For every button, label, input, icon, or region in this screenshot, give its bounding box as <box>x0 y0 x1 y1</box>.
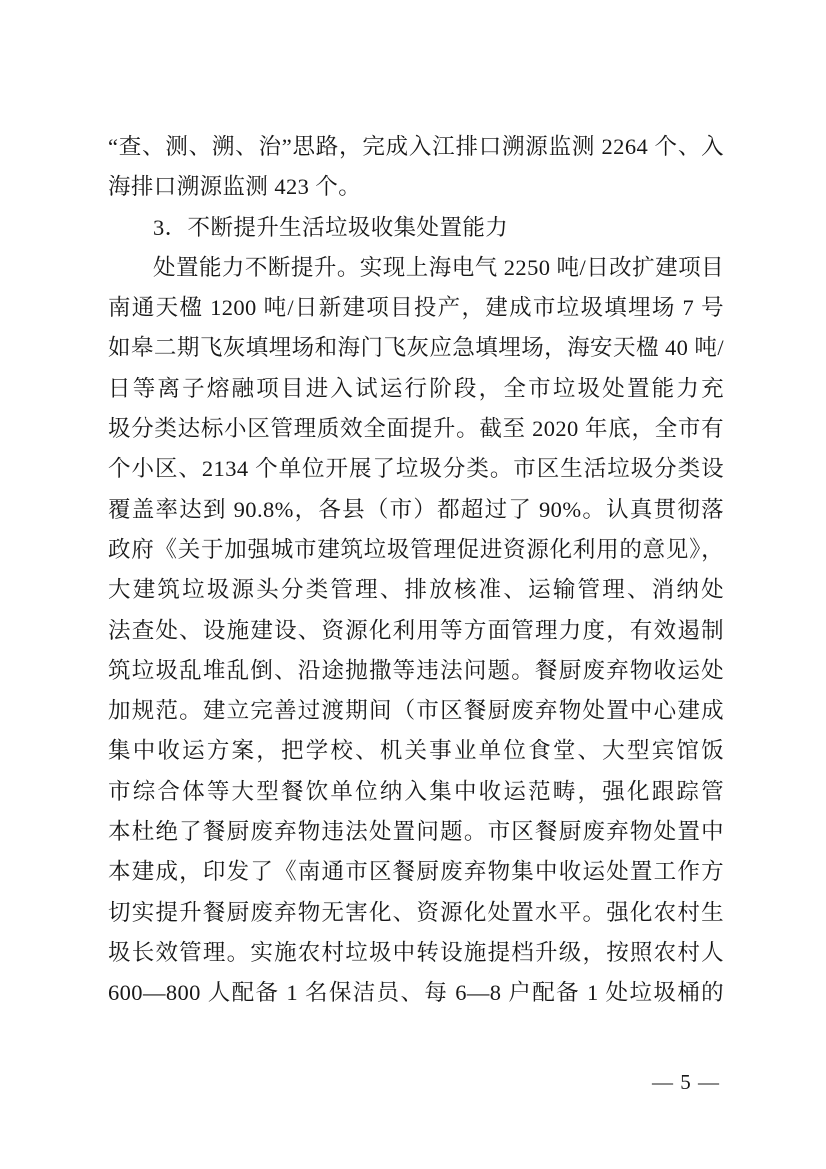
text-line: 法查处、设施建设、资源化利用等方面管理力度，有效遏制了建 <box>108 611 724 651</box>
text-line: 个小区、2134 个单位开展了垃圾分类。市区生活垃圾分类设施 <box>108 449 724 489</box>
text-line: 市综合体等大型餐饮单位纳入集中收运范畴，强化跟踪管理，基 <box>108 772 724 812</box>
text-line: 覆盖率达到 90.8%，各县（市）都超过了 90%。认真贯彻落实市 <box>108 490 724 530</box>
text-line: 筑垃圾乱堆乱倒、沿途抛撒等违法问题。餐厨废弃物收运处置更 <box>108 651 724 691</box>
text-line: 日等离子熔融项目进入试运行阶段，全市垃圾处置能力充盈。垃 <box>108 369 724 409</box>
text-line: 切实提升餐厨废弃物无害化、资源化处置水平。强化农村生活垃 <box>108 893 724 933</box>
text-line: 圾分类达标小区管理质效全面提升。截至 2020 年底，全市有 1374 <box>108 409 724 449</box>
text-line: 圾长效管理。实施农村垃圾中转设施提档升级，按照农村人口每 <box>108 933 724 973</box>
document-page: “查、测、溯、治”思路，完成入江排口溯源监测 2264 个、入 海排口溯源监测 … <box>0 0 826 1169</box>
document-text-block: “查、测、溯、治”思路，完成入江排口溯源监测 2264 个、入 海排口溯源监测 … <box>108 127 724 1014</box>
text-line: 海排口溯源监测 423 个。 <box>108 167 724 207</box>
page-number: — 5 — <box>652 1068 720 1096</box>
text-line: 本建成，印发了《南通市区餐厨废弃物集中收运处置工作方案》， <box>108 852 724 892</box>
text-line: 政府《关于加强城市建筑垃圾管理促进资源化利用的意见》，加 <box>108 530 724 570</box>
text-line: 集中收运方案，把学校、机关事业单位食堂、大型宾馆饭店、城 <box>108 731 724 771</box>
section-heading: 3．不断提升生活垃圾收集处置能力 <box>108 208 724 248</box>
text-line: 加规范。建立完善过渡期间（市区餐厨废弃物处置中心建成前） <box>108 691 724 731</box>
text-line: 大建筑垃圾源头分类管理、排放核准、运输管理、消纳处置、违 <box>108 570 724 610</box>
text-line: 如皋二期飞灰填埋场和海门飞灰应急填埋场，海安天楹 40 吨/ <box>108 328 724 368</box>
text-line: 南通天楹 1200 吨/日新建项目投产，建成市垃圾填埋场 7 号池、 <box>108 288 724 328</box>
text-line: 处置能力不断提升。实现上海电气 2250 吨/日改扩建项目和 <box>108 248 724 288</box>
text-line: “查、测、溯、治”思路，完成入江排口溯源监测 2264 个、入 <box>108 127 724 167</box>
text-line: 本杜绝了餐厨废弃物违法处置问题。市区餐厨废弃物处置中心基 <box>108 812 724 852</box>
text-line: 600—800 人配备 1 名保洁员、每 6—8 户配备 1 处垃圾桶的要求 <box>108 973 724 1013</box>
